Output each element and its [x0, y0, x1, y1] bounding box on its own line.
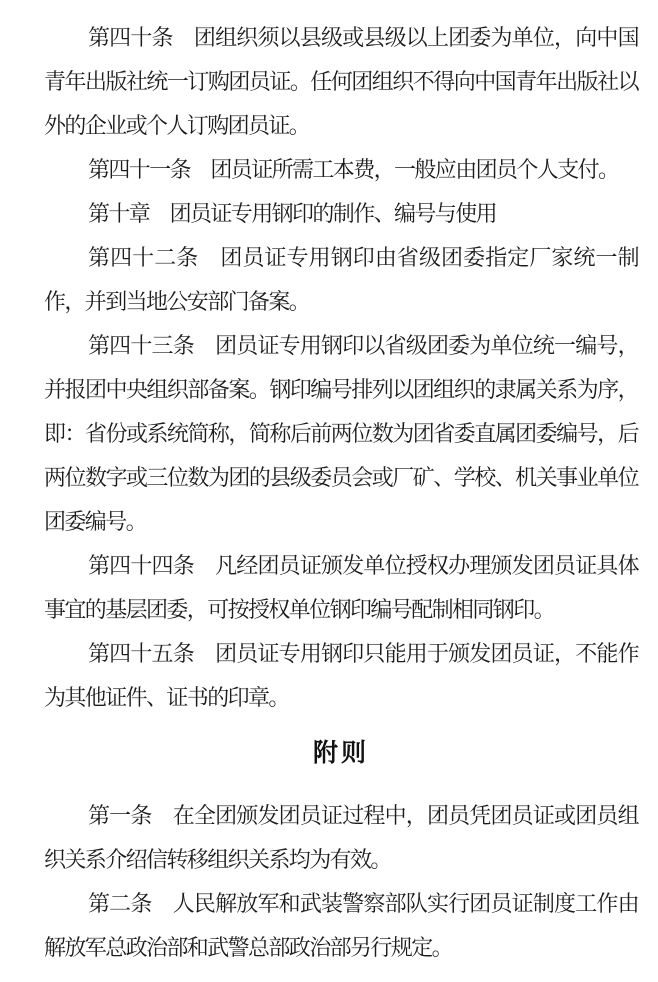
paragraph-article-43: 第四十三条 团员证专用钢印以省级团委为单位统一编号，并报团中央组织部备案。钢印编… — [44, 324, 638, 544]
paragraph-article-1: 第一条 在全团颁发团员证过程中，团员凭团员证或团员组织关系介绍信转移组织关系均为… — [44, 794, 638, 882]
paragraph-article-40: 第四十条 团组织须以县级或县级以上团委为单位，向中国青年出版社统一订购团员证。任… — [44, 16, 638, 148]
paragraph-article-45: 第四十五条 团员证专用钢印只能用于颁发团员证，不能作为其他证件、证书的印章。 — [44, 632, 638, 720]
text-column: 第四十条 团组织须以县级或县级以上团委为单位，向中国青年出版社统一订购团员证。任… — [44, 16, 638, 970]
paragraph-article-44: 第四十四条 凡经团员证颁发单位授权办理颁发团员证具体事宜的基层团委，可按授权单位… — [44, 544, 638, 632]
paragraph-article-42: 第四十二条 团员证专用钢印由省级团委指定厂家统一制作，并到当地公安部门备案。 — [44, 236, 638, 324]
paragraph-article-2: 第二条 人民解放军和武装警察部队实行团员证制度工作由解放军总政治部和武警总部政治… — [44, 882, 638, 970]
section-heading-supplementary-provisions: 附则 — [44, 732, 638, 776]
paragraph-chapter-10: 第十章 团员证专用钢印的制作、编号与使用 — [44, 192, 638, 236]
paragraph-article-41: 第四十一条 团员证所需工本费，一般应由团员个人支付。 — [44, 148, 638, 192]
document-page: 第四十条 团组织须以县级或县级以上团委为单位，向中国青年出版社统一订购团员证。任… — [0, 0, 658, 982]
